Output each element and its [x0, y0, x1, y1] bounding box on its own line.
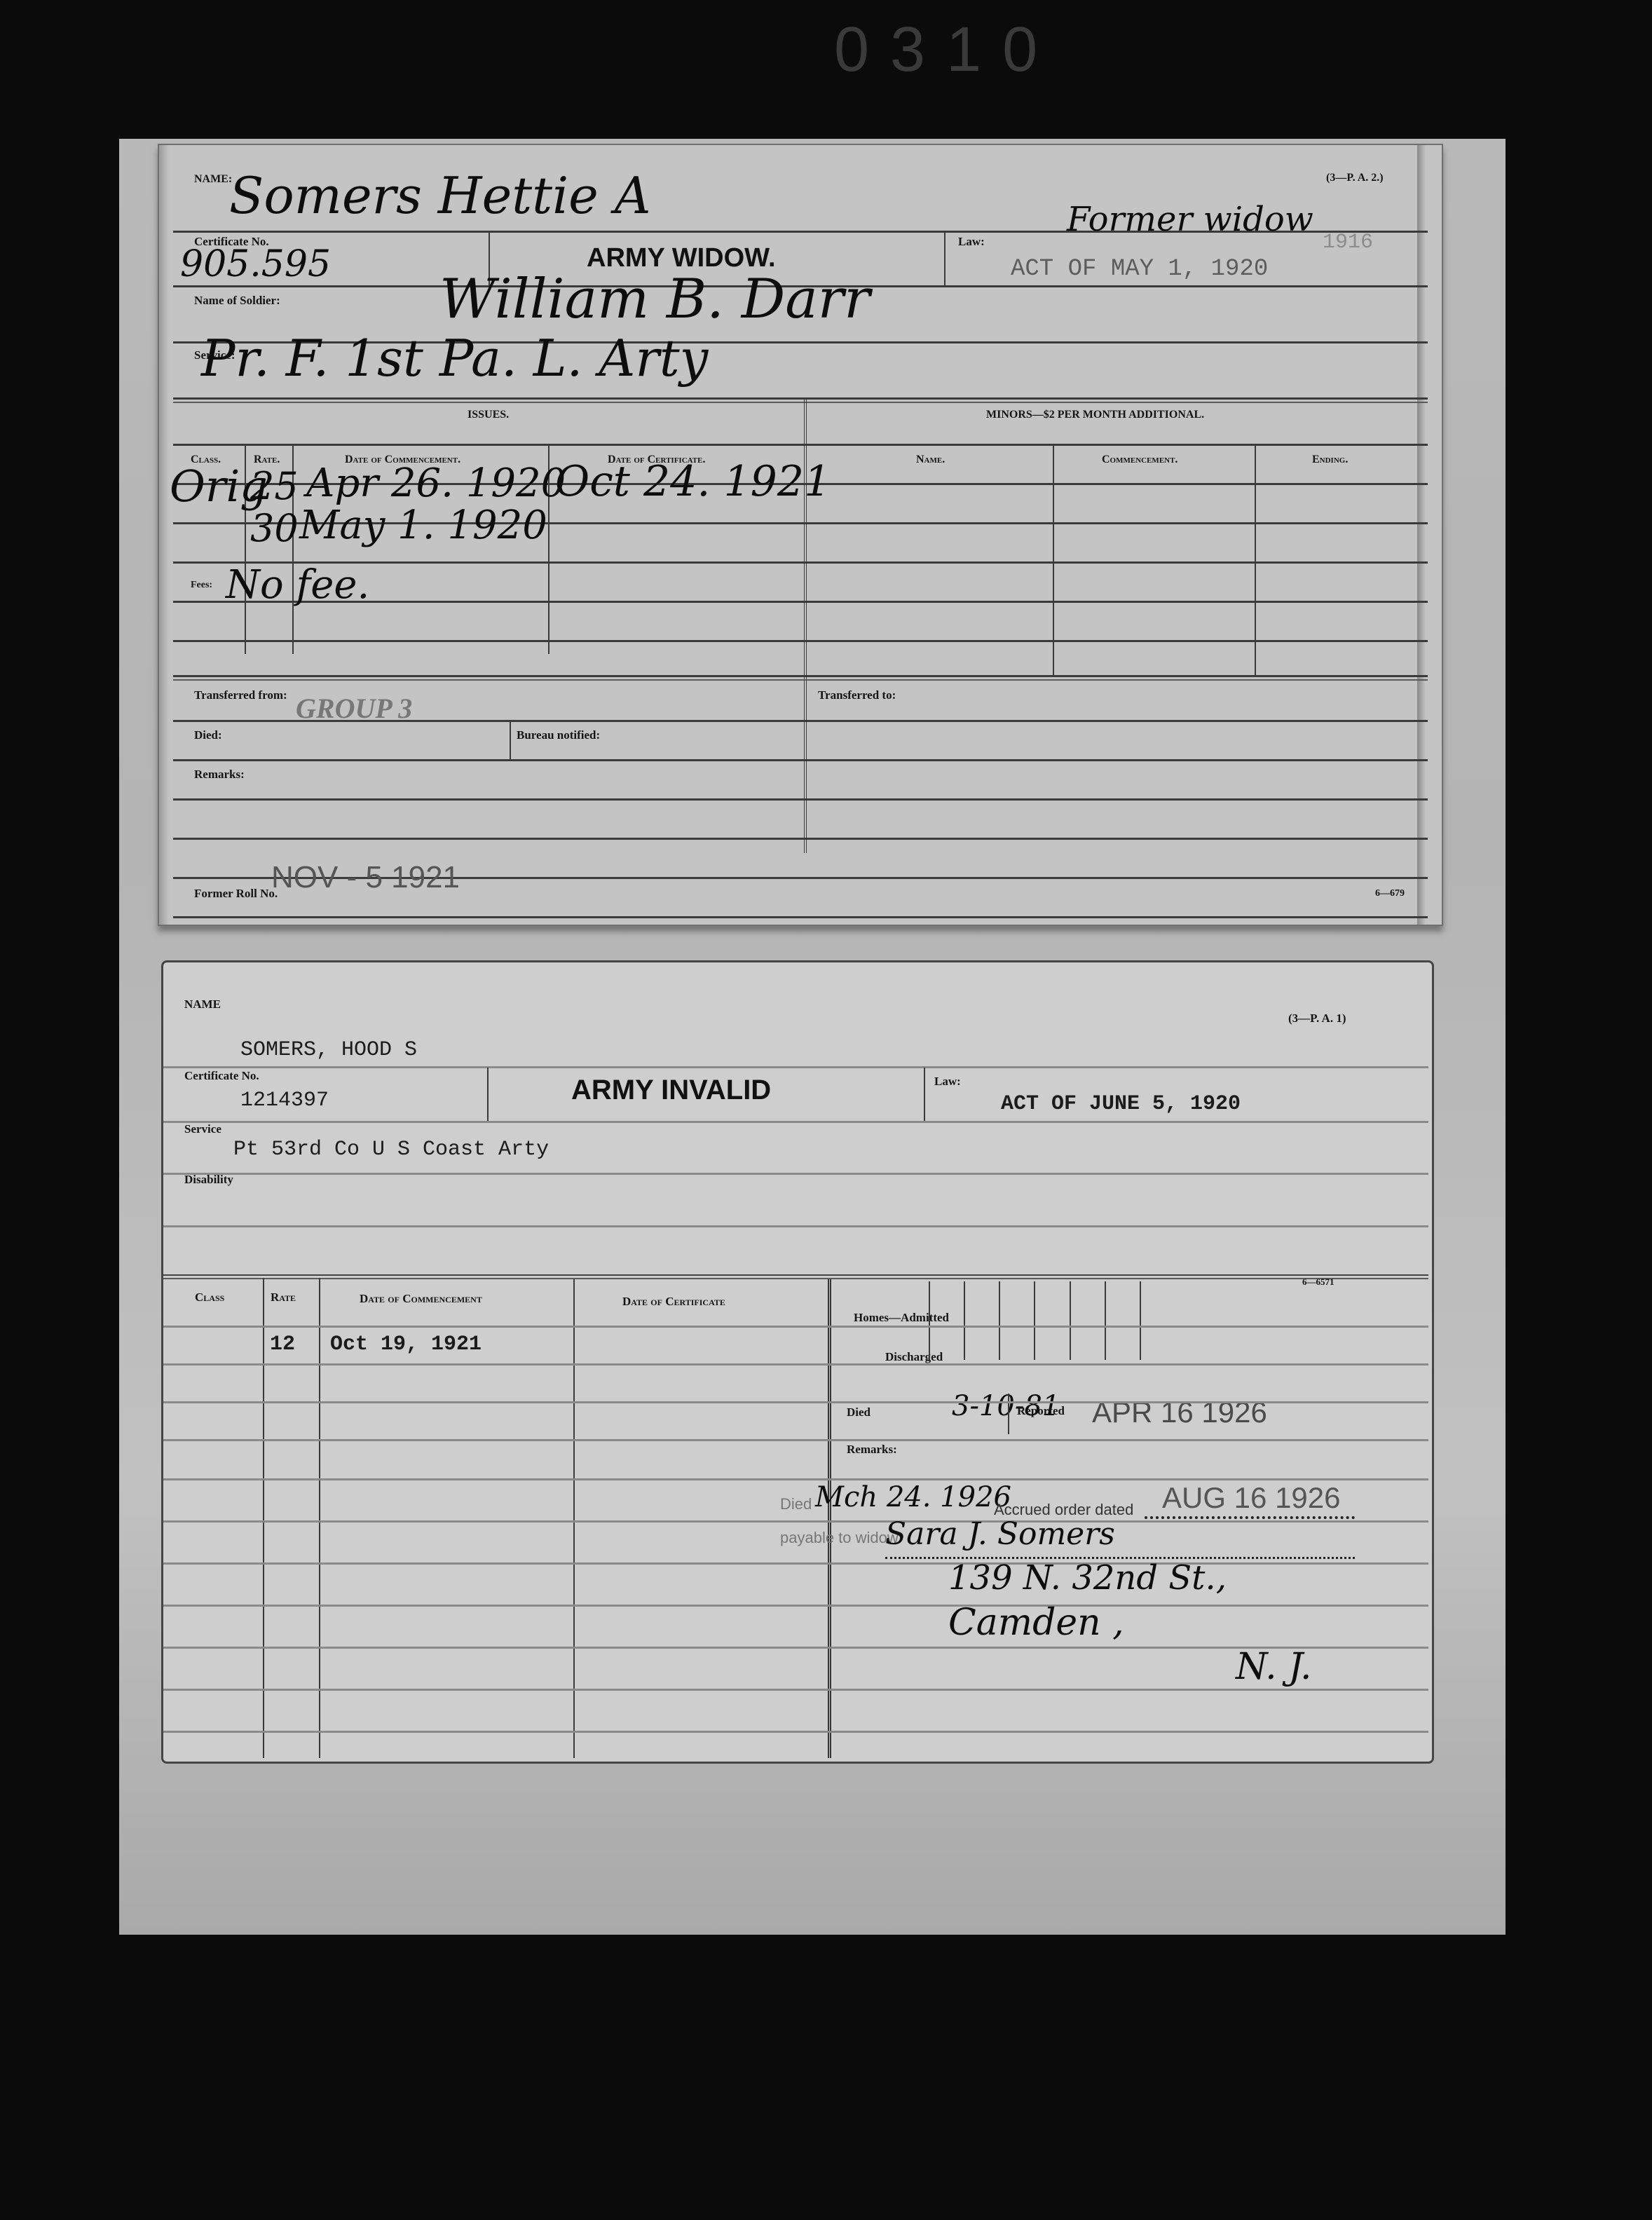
name-value: Somers Hettie A	[229, 166, 651, 225]
fees-value: No fee.	[226, 562, 369, 608]
transferred-to-label: Transferred to:	[818, 688, 896, 702]
rule	[163, 1278, 1428, 1279]
rule	[173, 640, 1428, 642]
commencement-header: Date of Commencement	[360, 1292, 482, 1306]
service-label: Service	[184, 1122, 221, 1136]
rule	[163, 1274, 1428, 1276]
discharged-label: Discharged	[885, 1350, 943, 1364]
died-label: Died	[847, 1405, 871, 1419]
minor-ending-header: Ending.	[1312, 454, 1348, 466]
remarks-died-label: Died	[780, 1495, 812, 1513]
rule	[944, 231, 946, 285]
form-code: (3—P. A. 1)	[1288, 1012, 1346, 1026]
rule	[163, 1121, 1428, 1123]
issue-commencement: Oct 19, 1921	[330, 1333, 482, 1356]
certificate-label: Certificate No.	[184, 1069, 259, 1083]
soldier-label: Name of Soldier:	[194, 294, 280, 308]
form-number: 6—6571	[1302, 1276, 1334, 1288]
issues-heading: ISSUES.	[467, 409, 509, 421]
rule	[163, 1401, 1428, 1403]
minors-heading: MINORS—$2 PER MONTH ADDITIONAL.	[986, 409, 1204, 421]
rule	[163, 1439, 1428, 1441]
rule	[163, 1562, 1428, 1565]
rule	[173, 679, 1428, 681]
certificate-value: 905.595	[180, 243, 331, 285]
service-value: Pt 53rd Co U S Coast Arty	[233, 1138, 549, 1162]
soldier-value: William B. Darr	[439, 268, 870, 331]
rule	[173, 798, 1428, 801]
rule	[163, 1478, 1428, 1480]
rule	[263, 1278, 264, 1758]
card-title: ARMY INVALID	[571, 1075, 771, 1106]
law-value: ACT OF JUNE 5, 1920	[1001, 1092, 1241, 1116]
minor-commencement-header: Commencement.	[1102, 454, 1177, 466]
dotted-rule	[1145, 1516, 1355, 1519]
rule	[163, 1363, 1428, 1366]
rule	[163, 1520, 1428, 1523]
law-label: Law:	[958, 235, 985, 249]
rule	[487, 1068, 489, 1121]
homes-admitted-label: Homes—Admitted	[854, 1311, 949, 1325]
rule	[1140, 1281, 1141, 1360]
bureau-notified-label: Bureau notified:	[517, 728, 600, 742]
rule	[163, 1173, 1428, 1175]
rule	[999, 1281, 1000, 1360]
rule	[964, 1281, 965, 1360]
issue-commencement: May 1. 1920	[299, 503, 547, 548]
rule	[163, 1225, 1428, 1227]
rule	[573, 1279, 575, 1758]
issue-rate: 12	[270, 1333, 295, 1356]
law-label: Law:	[934, 1075, 961, 1089]
pension-card-army-widow: NAME: (3—P. A. 2.) Somers Hettie A Certi…	[158, 144, 1443, 926]
remarks-label: Remarks:	[194, 768, 245, 782]
microfilm-frame: { "frame_number": "0310", "card1": { "fo…	[0, 0, 1652, 2220]
accrued-order-date: AUG 16 1926	[1162, 1481, 1341, 1515]
form-code: (3—P. A. 2.)	[1326, 172, 1384, 184]
rate-header: Rate	[271, 1291, 296, 1305]
law-faded-year: 1916	[1323, 231, 1373, 254]
form-number: 6—679	[1375, 888, 1405, 899]
address-line-1: 139 N. 32nd St.,	[948, 1558, 1227, 1598]
died-label: Died:	[194, 728, 222, 742]
remarks-label: Remarks:	[847, 1443, 897, 1457]
rule	[173, 838, 1428, 840]
pension-card-army-invalid: NAME (3—P. A. 1) SOMERS, HOOD S Certific…	[161, 960, 1434, 1764]
rule	[173, 720, 1428, 722]
date-stamp: NOV - 5 1921	[271, 860, 460, 895]
name-value: SOMERS, HOOD S	[240, 1038, 417, 1062]
rule	[173, 402, 1428, 403]
rule	[173, 675, 1428, 677]
address-line-2: Camden ,	[948, 1602, 1124, 1644]
rule	[163, 1689, 1428, 1691]
class-header: Class	[195, 1291, 224, 1305]
name-label: NAME	[184, 997, 221, 1012]
widow-name: Sara J. Somers	[885, 1516, 1115, 1552]
rule	[173, 397, 1428, 400]
name-label: NAME:	[194, 173, 232, 186]
minor-name-header: Name.	[916, 454, 945, 466]
disability-label: Disability	[184, 1173, 233, 1187]
service-value: Pr. F. 1st Pa. L. Arty	[201, 329, 708, 388]
rule	[163, 1066, 1428, 1068]
address-line-3: N. J.	[1236, 1646, 1312, 1688]
rule	[929, 1281, 930, 1360]
rule	[173, 444, 1428, 446]
rule	[1034, 1281, 1035, 1360]
rule	[163, 1326, 1428, 1328]
issue-commencement: Apr 26. 1920	[306, 461, 566, 506]
transferred-from-label: Transferred from:	[194, 688, 287, 702]
rule	[173, 916, 1428, 918]
certificate-value: 1214397	[240, 1089, 329, 1112]
law-stamp: ACT OF MAY 1, 1920	[1011, 256, 1268, 282]
card-fold-right	[1417, 145, 1426, 925]
card-fold-left	[159, 145, 169, 925]
rule	[319, 1278, 320, 1758]
rule	[1008, 1394, 1009, 1434]
issue-certificate: Oct 24. 1921	[555, 457, 831, 506]
rule	[828, 1279, 831, 1758]
rule	[1105, 1281, 1106, 1360]
rule	[924, 1068, 925, 1121]
former-roll-label: Former Roll No.	[194, 887, 278, 901]
certificate-date-header: Date of Certificate	[622, 1295, 725, 1309]
remarks-died-date: Mch 24. 1926	[815, 1481, 1011, 1513]
reported-label: Reported	[1017, 1404, 1065, 1418]
issue-rate: 30	[250, 506, 299, 550]
rule	[163, 1605, 1428, 1607]
law-handwritten: Former widow	[1067, 200, 1313, 239]
payable-to-label: payable to widow	[780, 1529, 899, 1547]
rule	[1070, 1281, 1071, 1360]
fees-label: Fees:	[191, 580, 212, 591]
rule	[510, 720, 511, 759]
frame-number: 0310	[834, 14, 1058, 86]
rule	[163, 1731, 1428, 1733]
issue-rate: 25	[250, 464, 299, 508]
rule	[173, 759, 1428, 761]
